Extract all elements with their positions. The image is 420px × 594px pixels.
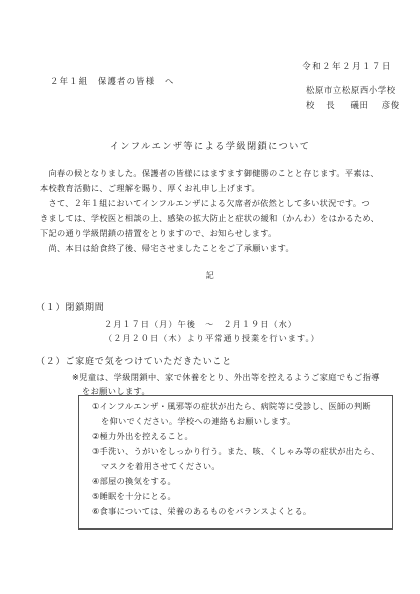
- resume-note: （２月２０日（木）より平常通り授業を行います。）: [104, 333, 320, 344]
- paragraph-line: 向春の候となりました。保護者の皆様にはますます御健勝のことと存じます。平素は、: [40, 166, 379, 181]
- guidelines-box: ①インフルエンザ・風邪等の症状が出たら、病院等に受診し、医師の判断 を仰いでくだ…: [78, 395, 393, 530]
- guideline-item: ③手洗い、うがいをしっかり行う。また、咳、くしゃみ等の症状が出たら、: [92, 444, 392, 459]
- paragraph-line: 本校教育活動に、ご理解を賜り、厚くお礼申し上げます。: [40, 181, 379, 196]
- ki-marker: 記: [0, 270, 420, 281]
- principal-title-2: 長: [326, 100, 335, 110]
- addressee: ２年１組 保護者の皆様 へ: [50, 75, 174, 87]
- paragraph-line: 下記の通り学級閉鎖の措置をとりますので、お知らせします。: [40, 226, 379, 241]
- paragraph-line: さて、２年１組においてインフルエンザによる欠席者が依然として多い状況です。つ: [40, 196, 379, 211]
- document-title: インフルエンザ等による学級閉鎖について: [0, 138, 420, 152]
- principal-title-1: 校: [306, 100, 315, 110]
- paragraph-line: 尚、本日は給食終了後、帰宅させましたことをご了承願います。: [40, 241, 379, 256]
- paragraph-line: きましては、学校医と相談の上、感染の拡大防止と症状の緩和（かんわ）をはかるため、: [40, 211, 379, 226]
- closure-period: ２月１７日（月）午後 ～ ２月１９日（水）: [104, 319, 297, 330]
- section-2-note: ※児童は、学級閉鎖中、家で休養をとり、外出等を控えるようご家庭でもご指導 をお願…: [72, 370, 380, 398]
- section-2-heading: （２）ご家庭で気をつけていただきたいこと: [36, 354, 232, 367]
- guideline-item: ⑥食事については、栄養のあるものをバランスよくとる。: [92, 504, 392, 519]
- guideline-item-continued: マスクを着用させてください。: [92, 459, 392, 474]
- document-date: 令和２年２月１７日: [302, 60, 392, 72]
- guideline-item: ④部屋の換気をする。: [92, 474, 392, 489]
- principal-given-name: 彦俊: [382, 100, 400, 110]
- school-name: 松原市立松原西小学校: [306, 84, 396, 96]
- guideline-item: ②極力外出を控えること。: [92, 429, 392, 444]
- guideline-item: ①インフルエンザ・風邪等の症状が出たら、病院等に受診し、医師の判断: [92, 399, 392, 414]
- note-line: ※児童は、学級閉鎖中、家で休養をとり、外出等を控えるようご家庭でもご指導: [72, 370, 380, 384]
- body-paragraph: 向春の候となりました。保護者の皆様にはますます御健勝のことと存じます。平素は、 …: [40, 166, 379, 256]
- section-1-heading: （１）閉鎖期間: [36, 300, 105, 313]
- guideline-item-continued: を仰いでください。学校への連絡もお願いします。: [92, 414, 392, 429]
- principal-signature: 校 長 礒田 彦俊: [306, 99, 400, 111]
- guideline-item: ⑤睡眠を十分にとる。: [92, 489, 392, 504]
- principal-surname: 礒田: [351, 100, 369, 110]
